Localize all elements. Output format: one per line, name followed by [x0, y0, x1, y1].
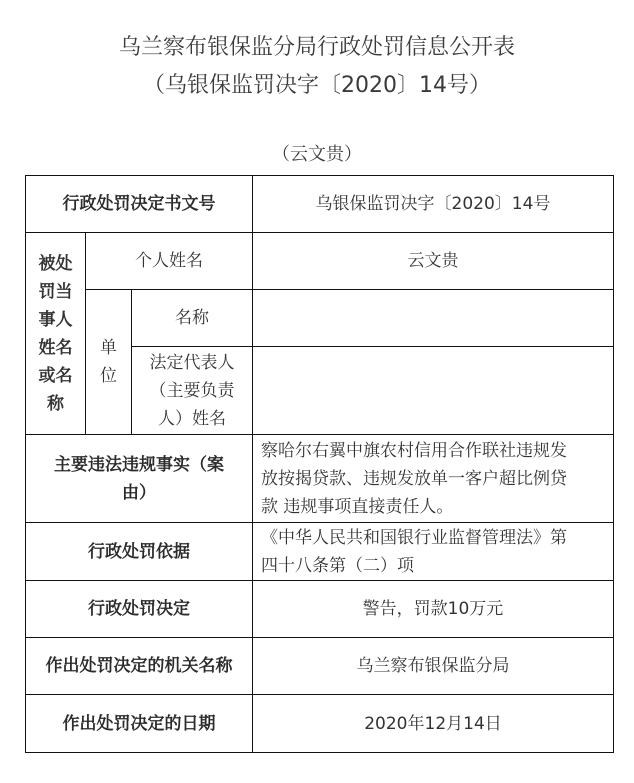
table-row-basis: 行政处罚依据 《中华人民共和国银行业监督管理法》第 四十八条第（二）项 [26, 523, 614, 581]
unit-label-line: 单 [90, 334, 127, 362]
party-label-line: 称 [30, 390, 81, 418]
party-subtitle: （云文贵） [0, 140, 634, 166]
document-title: 乌兰察布银保监分局行政处罚信息公开表 [0, 30, 634, 61]
legal-rep-label-line: 法定代表人 [136, 349, 248, 377]
legal-rep-label-line: （主要负责 [136, 377, 248, 405]
facts-label: 主要违法违规事实（案 由） [26, 435, 253, 523]
basis-value-line: 《中华人民共和国银行业监督管理法》第 [261, 524, 609, 552]
legal-rep-label: 法定代表人 （主要负责 人）姓名 [132, 347, 253, 435]
party-label: 被处 罚当 事人 姓名 或名 称 [26, 233, 86, 435]
table-row-decision: 行政处罚决定 警告，罚款10万元 [26, 581, 614, 638]
party-label-line: 或名 [30, 362, 81, 390]
table-row-date: 作出处罚决定的日期 2020年12月14日 [26, 695, 614, 753]
unit-label: 单 位 [86, 290, 132, 435]
table-row-authority: 作出处罚决定的机关名称 乌兰察布银保监分局 [26, 638, 614, 695]
facts-value-line: 察哈尔右翼中旗农村信用合作联社违规发 [261, 437, 609, 465]
authority-label: 作出处罚决定的机关名称 [26, 638, 253, 695]
party-label-line: 事人 [30, 306, 81, 334]
doc-number-label: 行政处罚决定书文号 [26, 176, 253, 233]
basis-value-line: 四十八条第（二）项 [261, 552, 609, 580]
legal-rep-value [253, 347, 614, 435]
unit-name-value [253, 290, 614, 347]
party-label-line: 姓名 [30, 334, 81, 362]
table-row-facts: 主要违法违规事实（案 由） 察哈尔右翼中旗农村信用合作联社违规发 放按揭贷款、违… [26, 435, 614, 523]
table-row-doc-number: 行政处罚决定书文号 乌银保监罚决字〔2020〕14号 [26, 176, 614, 233]
facts-label-line: 由） [30, 479, 248, 507]
facts-value-line: 放按揭贷款、违规发放单一客户超比例贷 [261, 465, 609, 493]
facts-label-line: 主要违法违规事实（案 [30, 451, 248, 479]
decision-value: 警告，罚款10万元 [253, 581, 614, 638]
party-label-line: 被处 [30, 250, 81, 278]
basis-label: 行政处罚依据 [26, 523, 253, 581]
doc-number-value: 乌银保监罚决字〔2020〕14号 [253, 176, 614, 233]
unit-name-label: 名称 [132, 290, 253, 347]
date-value: 2020年12月14日 [253, 695, 614, 753]
authority-value: 乌兰察布银保监分局 [253, 638, 614, 695]
facts-value: 察哈尔右翼中旗农村信用合作联社违规发 放按揭贷款、违规发放单一客户超比例贷 款 … [253, 435, 614, 523]
penalty-info-table: 行政处罚决定书文号 乌银保监罚决字〔2020〕14号 被处 罚当 事人 姓名 或… [25, 175, 614, 753]
document-number-title: （乌银保监罚决字〔2020〕14号） [0, 68, 634, 99]
party-label-line: 罚当 [30, 278, 81, 306]
decision-label: 行政处罚决定 [26, 581, 253, 638]
facts-value-line: 款 违规事项直接责任人。 [261, 493, 609, 521]
individual-name-label: 个人姓名 [86, 233, 253, 290]
legal-rep-label-line: 人）姓名 [136, 405, 248, 433]
individual-name-value: 云文贵 [253, 233, 614, 290]
unit-label-line: 位 [90, 362, 127, 390]
basis-value: 《中华人民共和国银行业监督管理法》第 四十八条第（二）项 [253, 523, 614, 581]
table-row-individual: 被处 罚当 事人 姓名 或名 称 个人姓名 云文贵 [26, 233, 614, 290]
date-label: 作出处罚决定的日期 [26, 695, 253, 753]
table-row-unit-name: 单 位 名称 [26, 290, 614, 347]
